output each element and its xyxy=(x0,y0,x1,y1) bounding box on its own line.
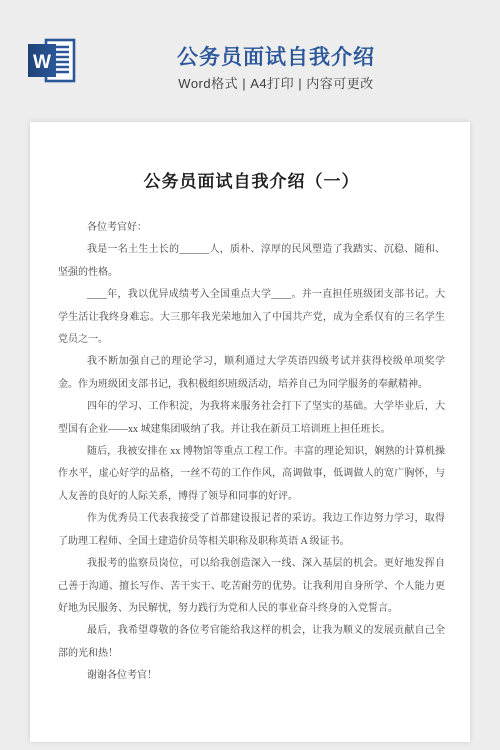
header-text-block: 公务员面试自我介绍 Word格式 | A4打印 | 内容可更改 xyxy=(52,0,500,91)
template-meta: Word格式 | A4打印 | 内容可更改 xyxy=(52,76,500,91)
paragraph: 作为优秀员工代表我接受了首都建设报记者的采访。我边工作边努力学习，取得了助理工程… xyxy=(58,508,445,553)
document-body: 各位考官好： 我是一名土生土长的______人，质朴、淳厚的民风塑造了我踏实、沉… xyxy=(58,217,445,688)
paragraph: ____年，我以优异成绩考入全国重点大学____。并一直担任班级团支部书记。大学… xyxy=(58,284,445,351)
paragraph: 四年的学习、工作积淀，为我将来服务社会打下了坚实的基础。大学毕业后，大型国有企业… xyxy=(58,396,445,441)
word-file-icon: W xyxy=(28,38,76,84)
paragraph: 我不断加强自己的理论学习，顺利通过大学英语四级考试并获得校级单项奖学金。作为班级… xyxy=(58,351,445,396)
document-page: 公务员面试自我介绍（一） 各位考官好： 我是一名土生土长的______人，质朴、… xyxy=(30,122,470,742)
paragraph: 最后，我希望尊敬的各位考官能给我这样的机会，让我为顺义的发展贡献自己全部的光和热… xyxy=(58,620,445,665)
header: W 公务员面试自我介绍 Word格式 | A4打印 | 内容可更改 xyxy=(0,0,500,122)
paragraph: 随后，我被安排在 xx 博物馆等重点工程工作。丰富的理论知识，娴熟的计算机操作水… xyxy=(58,441,445,508)
document-title: 公务员面试自我介绍（一） xyxy=(58,172,445,192)
paragraph: 我是一名土生土长的______人，质朴、淳厚的民风塑造了我踏实、沉稳、随和、坚强… xyxy=(58,239,445,284)
word-icon-letter: W xyxy=(33,52,51,73)
paragraph-closing: 谢谢各位考官！ xyxy=(58,665,445,687)
paragraph: 我报考的监察员岗位，可以给我创造深入一线、深入基层的机会。更好地发挥自己善于沟通… xyxy=(58,553,445,620)
paragraph-greeting: 各位考官好： xyxy=(58,217,445,239)
template-title: 公务员面试自我介绍 xyxy=(52,45,500,70)
